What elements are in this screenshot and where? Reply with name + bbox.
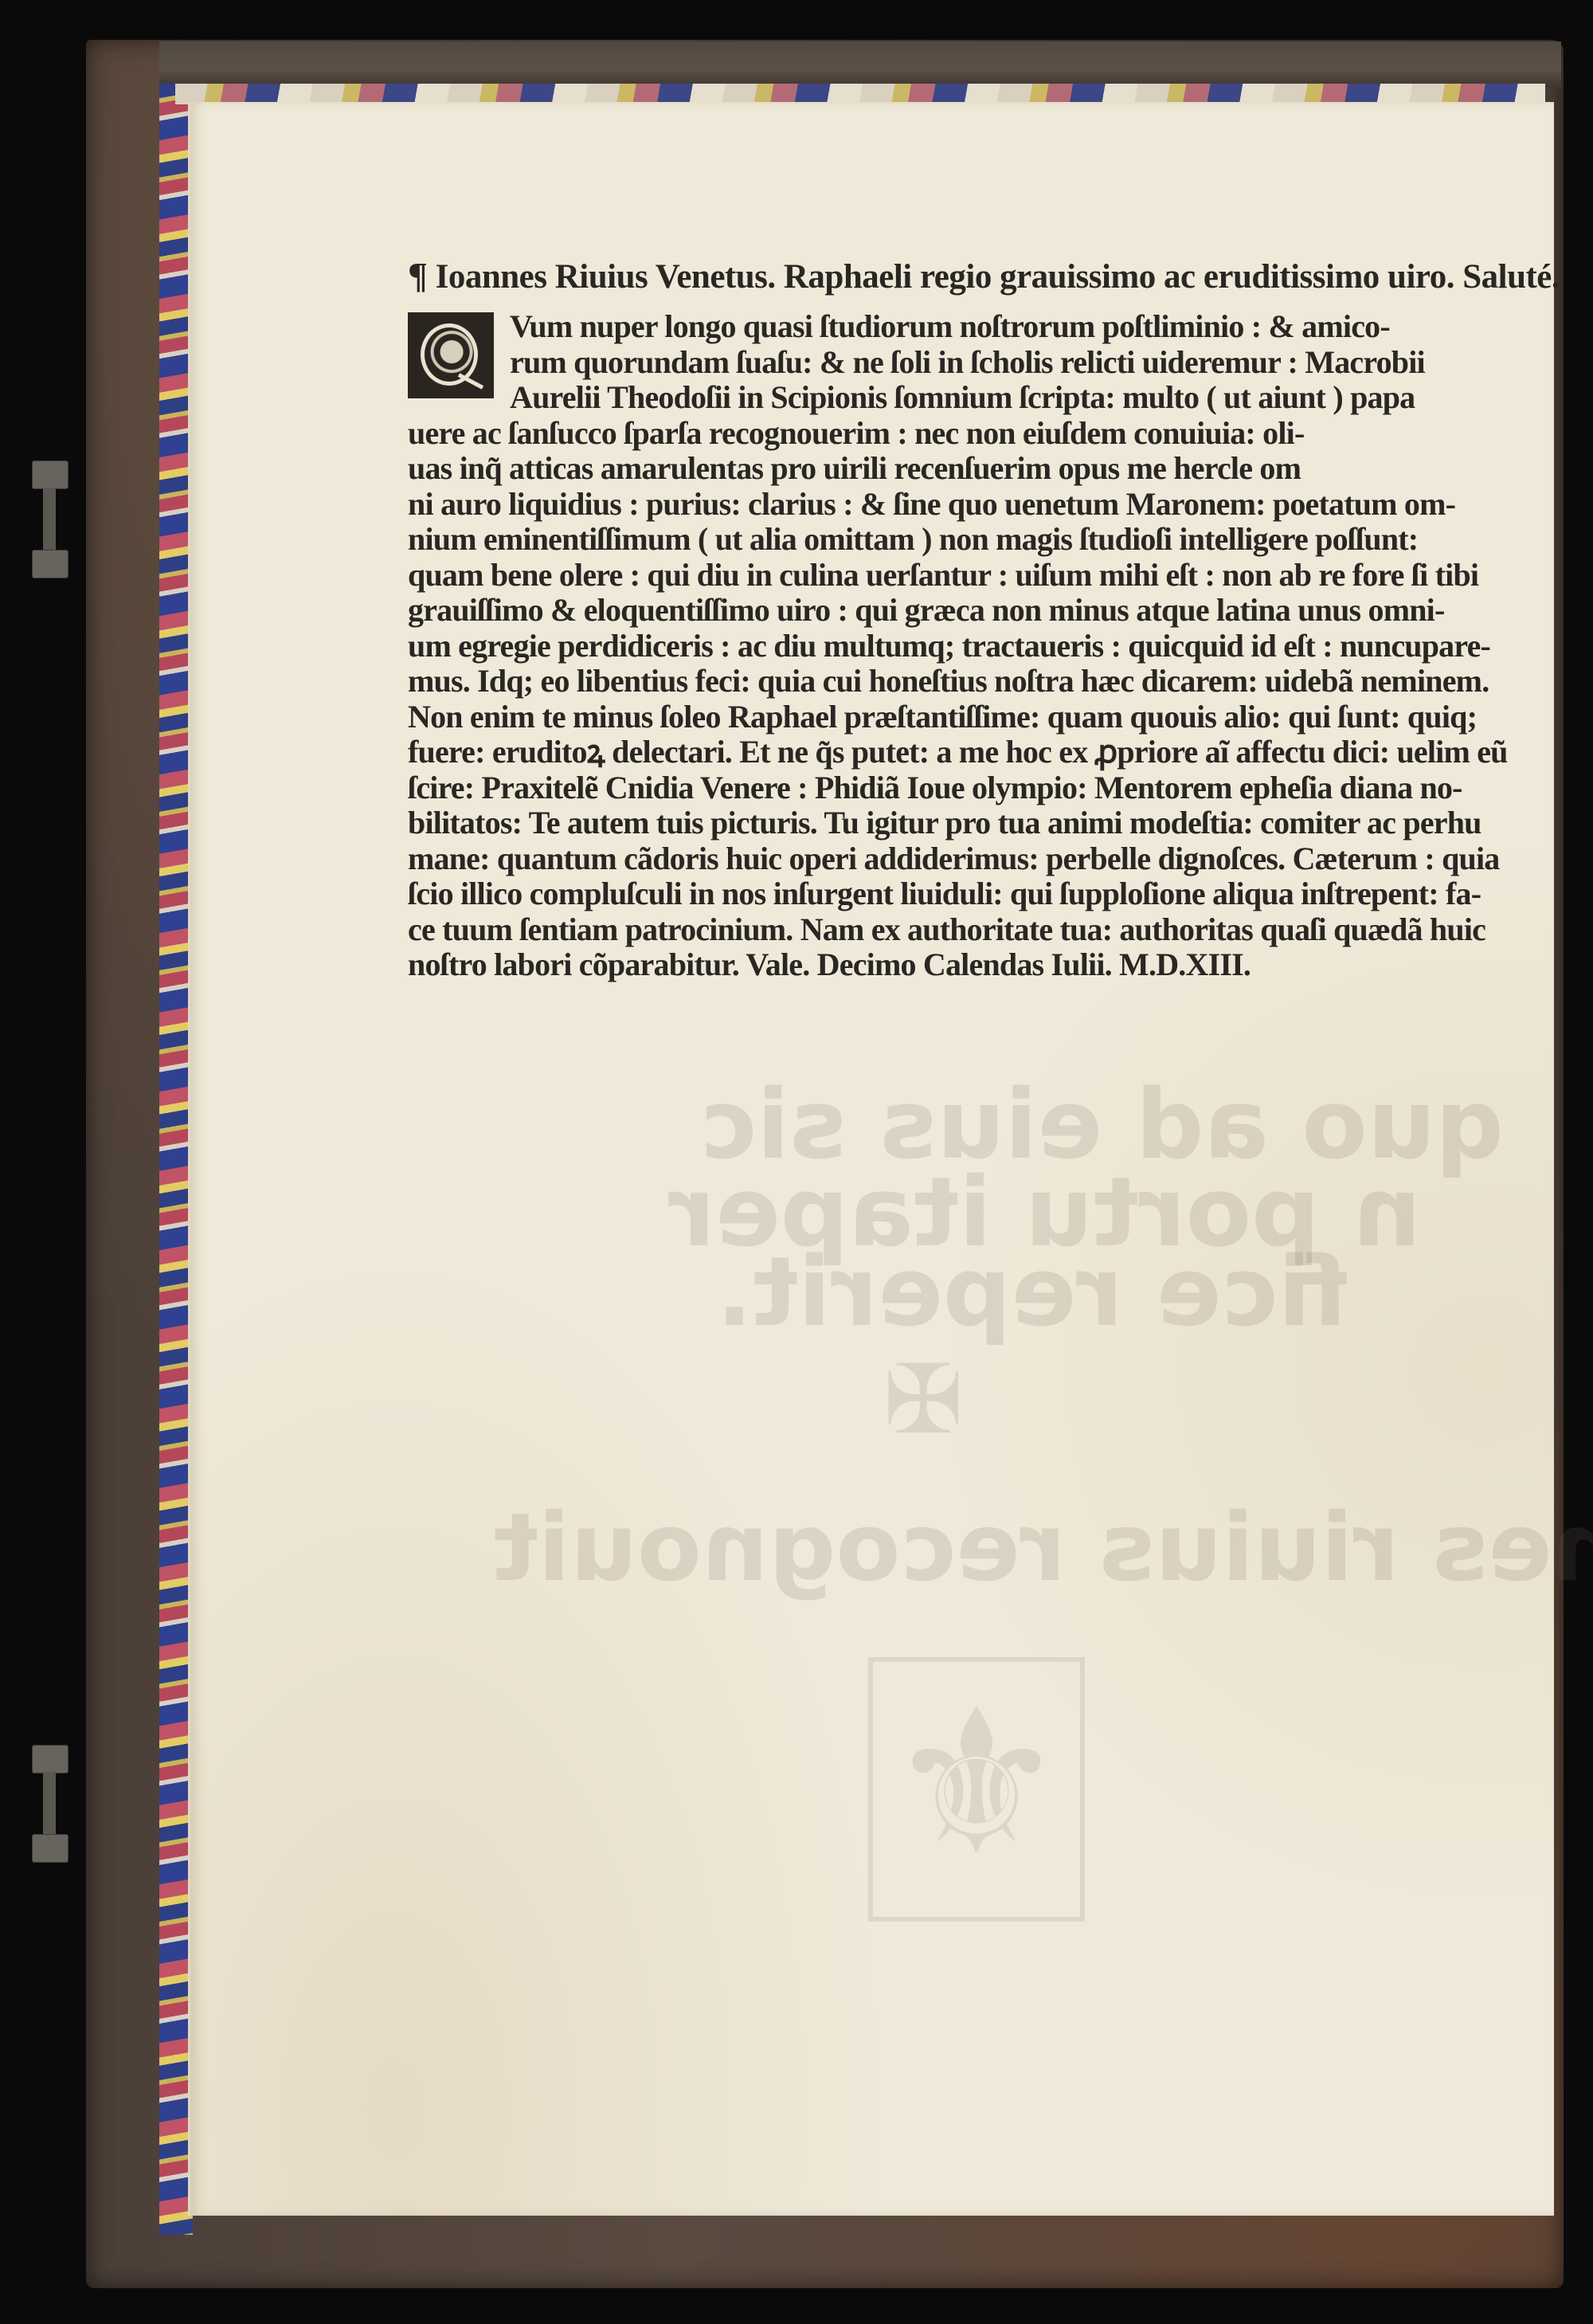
text-line: mane: quantum cãdoris huic operi addider… (408, 841, 1483, 877)
bleed-through-line: fice reperit. (716, 1237, 1348, 1348)
cross-ornament-icon: ✠ (883, 1345, 964, 1456)
pilcrow-icon: ¶ (408, 255, 427, 296)
text-line: ſcire: Praxitelẽ Cnidia Venere : Phidiã … (408, 770, 1483, 806)
dedicatory-letter: ¶ Ioannes Riuius Venetus. Raphaeli regio… (408, 253, 1483, 983)
text-line: rum quorundam ſuaſu: & ne ſoli in ſcholi… (408, 345, 1483, 381)
text-line: noſtro labori cõparabitur. Vale. Decimo … (408, 947, 1483, 983)
text-line: bilitatos: Te autem tuis picturis. Tu ig… (408, 805, 1483, 841)
binding-top-edge (159, 41, 1561, 88)
text-line: grauiſſimo & eloquentiſſimo uiro : qui g… (408, 593, 1483, 629)
bleed-through-line: Ioannes riuius recognouit (493, 1492, 1593, 1602)
clasp-pin-icon (43, 1772, 56, 1837)
clasp-cap-icon (32, 1745, 68, 1773)
clasp-cap-icon (32, 460, 68, 489)
heading-text: Ioannes Riuius Venetus. Raphaeli regio g… (436, 258, 1560, 296)
text-line: Non enim te minus ſoleo Raphael præſtant… (408, 700, 1483, 735)
text-line: uas inq̃ atticas amarulentas pro uirili … (408, 451, 1483, 487)
text-line: um egregie perdidiceris : ac diu multumq… (408, 629, 1483, 664)
text-line: ce tuum ſentiam patrocinium. Nam ex auth… (408, 912, 1483, 948)
text-line: uere ac ſanſucco ſparſa recognouerim : n… (408, 416, 1483, 452)
woodcut-initial-q-icon: Q (408, 312, 494, 398)
text-line: Vum nuper longo quasi ſtudiorum noſtroru… (408, 309, 1483, 345)
letter-heading: ¶ Ioannes Riuius Venetus. Raphaeli regio… (408, 253, 1483, 300)
text-line: fuere: eruditoꝝ delectari. Et ne q̃s put… (408, 735, 1483, 770)
text-line: quam bene olere : qui diu in culina uerſ… (408, 558, 1483, 594)
text-line: mus. Idq; eo libentius feci: quia cui ho… (408, 664, 1483, 700)
clasp-cap-icon (32, 550, 68, 578)
clasp-pin-icon (43, 488, 56, 553)
opening-paragraph: Q Vum nuper longo quasi ſtudiorum noſtro… (408, 309, 1483, 487)
text-line: Aurelii Theodoſii in Scipionis ſomnium ſ… (408, 380, 1483, 416)
text-line: nium eminentiſſimum ( ut alia omittam ) … (408, 522, 1483, 558)
text-line: ni auro liquidius : purius: clarius : & … (408, 487, 1483, 523)
text-line: ſcio illico compluſculi in nos inſurgent… (408, 876, 1483, 912)
initial-letter: Q (411, 315, 491, 395)
clasp-cap-icon (32, 1834, 68, 1863)
clasp-lower (32, 1745, 68, 1864)
clasp-upper (32, 460, 68, 580)
fleur-de-lis-printer-mark-icon: ⚜ (868, 1657, 1085, 1922)
